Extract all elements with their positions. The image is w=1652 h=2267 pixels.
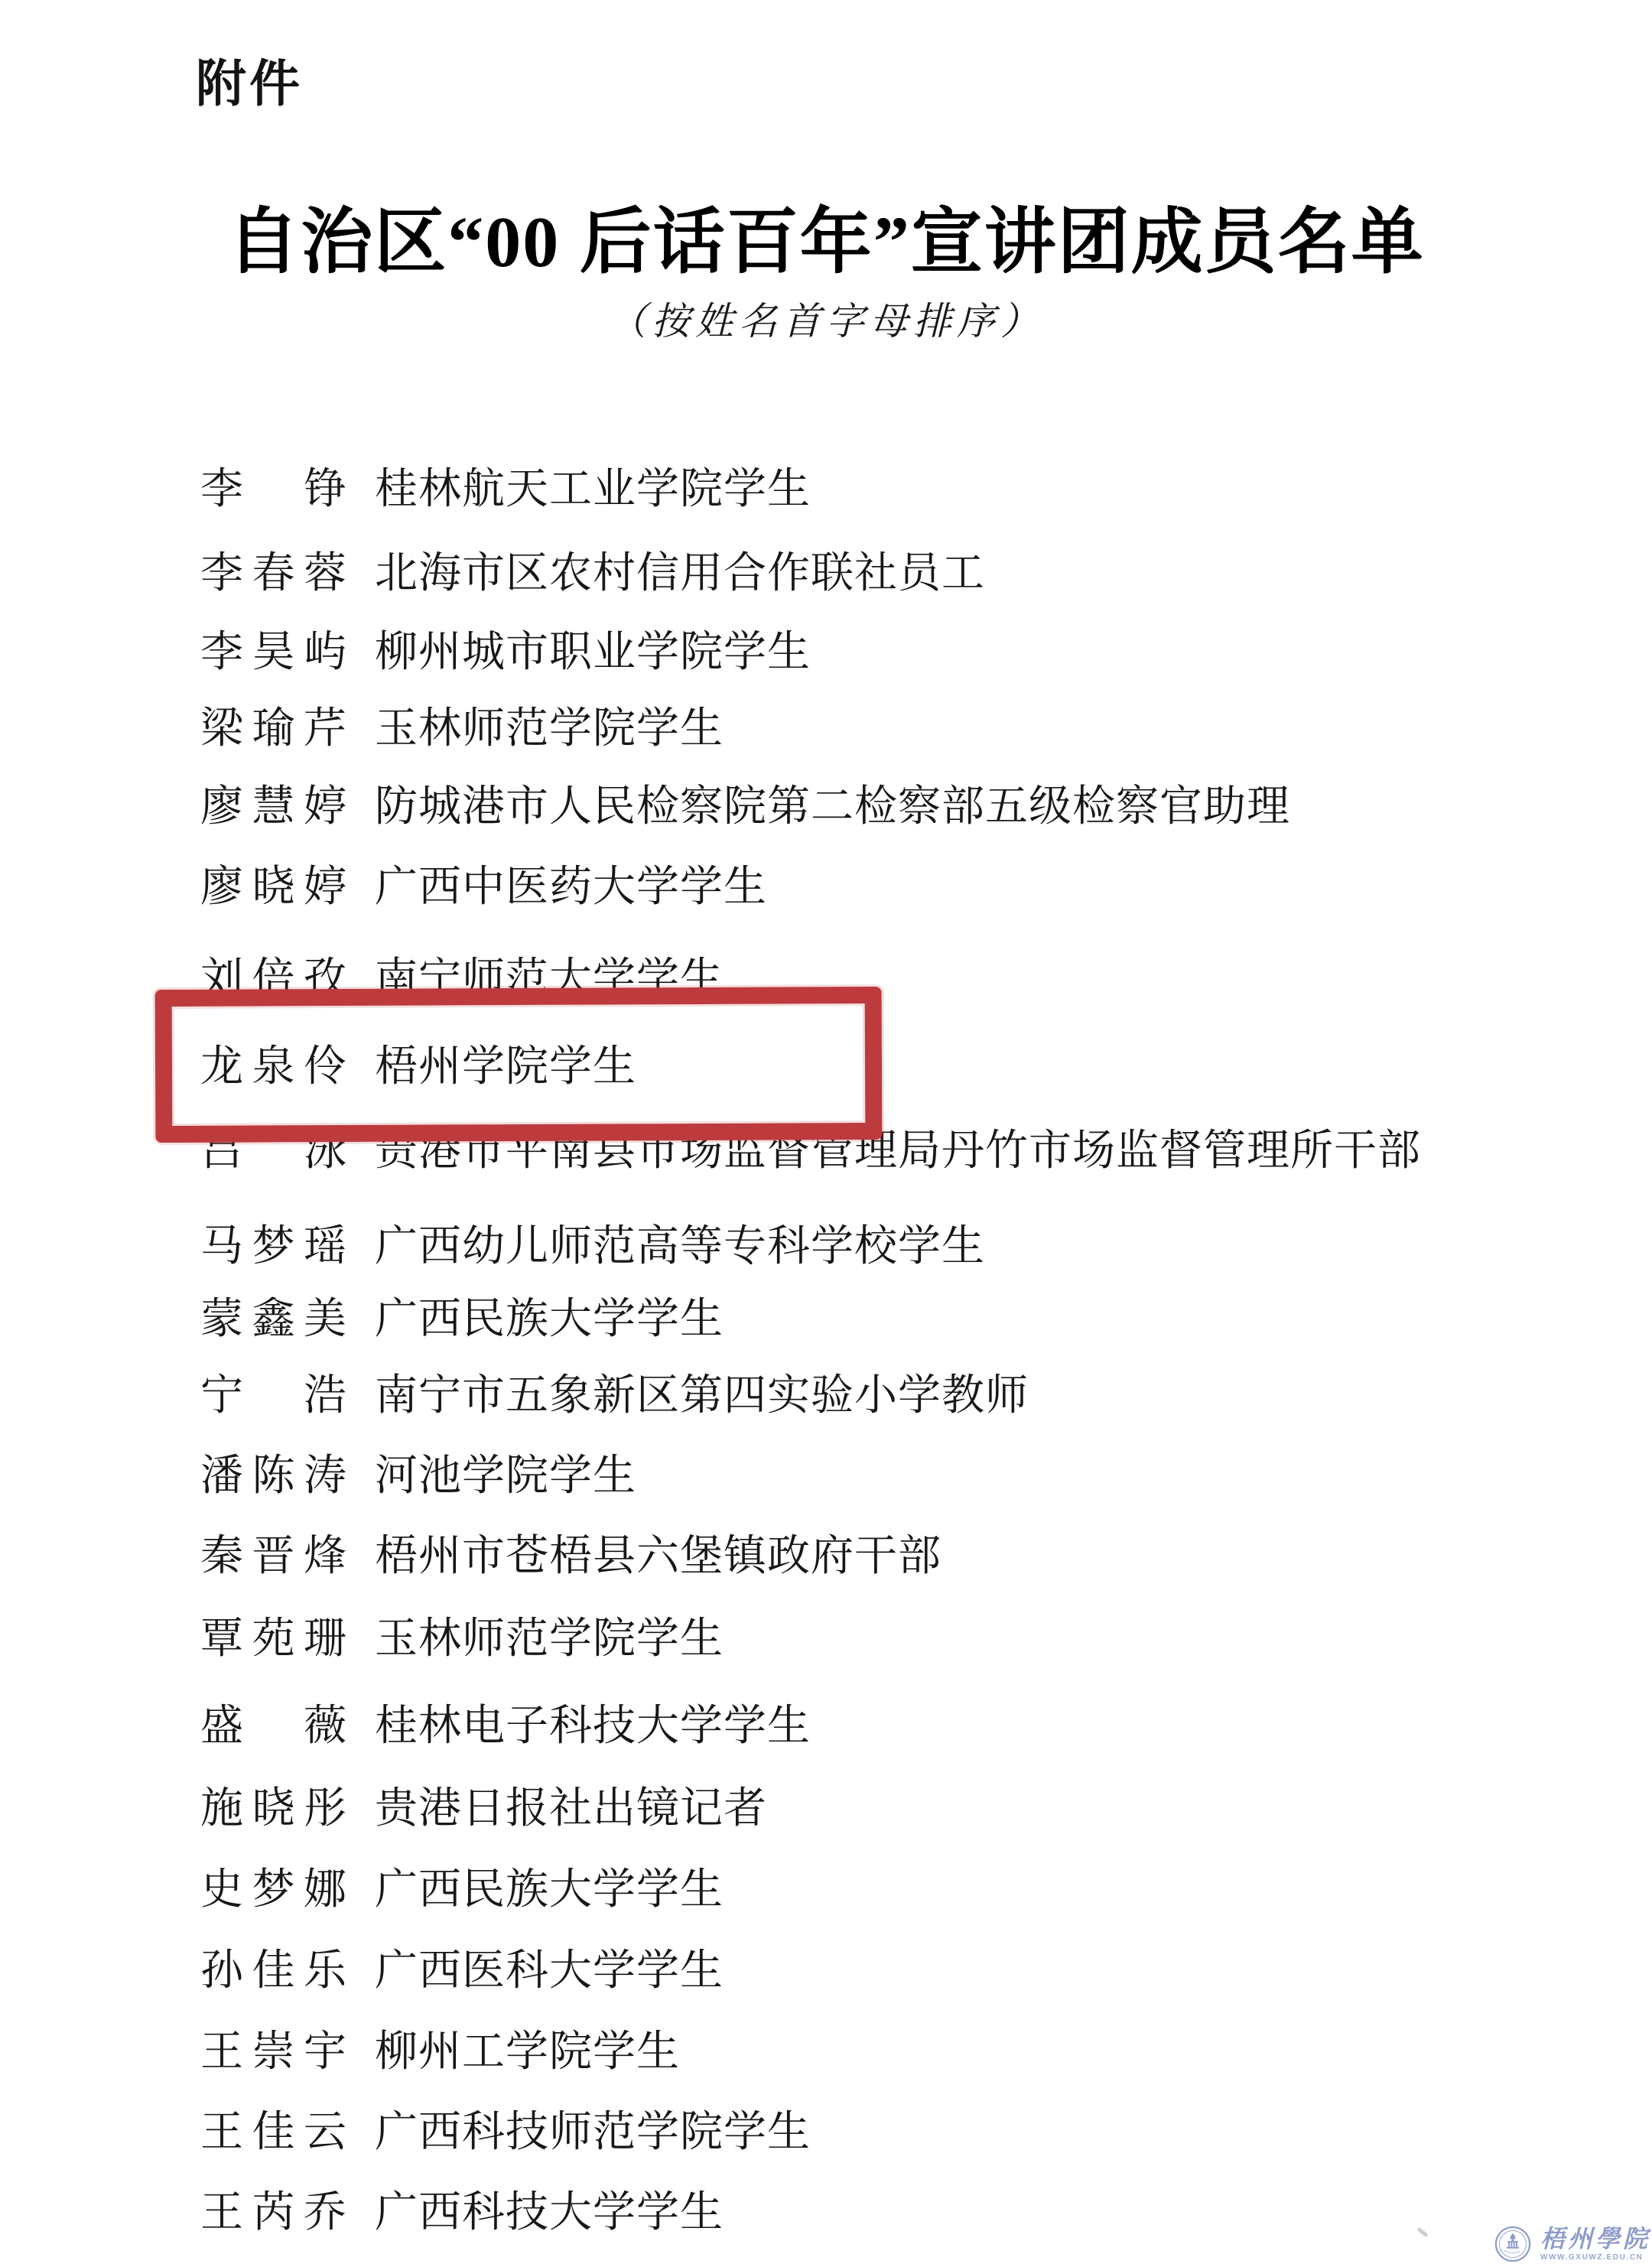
list-item: 李铮 桂林航天工业学院学生 [200, 443, 811, 529]
list-item: 盛薇 桂林电子科技大学学生 [200, 1680, 811, 1765]
list-item: 施晓彤 贵港日报社出镜记者 [200, 1762, 767, 1848]
member-name: 潘陈涛 [200, 1442, 347, 1503]
list-item: 廖慧婷 防城港市人民检察院第二检察部五级检察官助理 [200, 760, 1290, 846]
list-item: 蒙鑫美 广西民族大学学生 [200, 1273, 724, 1358]
member-affiliation: 广西民族大学学生 [375, 1285, 724, 1346]
member-affiliation: 玉林师范学院学生 [375, 694, 724, 756]
member-name: 李昊屿 [200, 618, 347, 679]
member-affiliation: 广西中医药大学学生 [375, 853, 767, 914]
member-affiliation: 广西医科大学学生 [375, 1937, 724, 1998]
member-affiliation: 桂林航天工业学院学生 [375, 455, 811, 516]
member-affiliation: 广西民族大学学生 [375, 1856, 724, 1917]
list-item: 李昊屿 柳州城市职业学院学生 [200, 606, 811, 691]
member-affiliation: 柳州工学院学生 [375, 2018, 680, 2079]
site-watermark: 梧州學院 WWW.GXUWZ.EDU.CN [1494, 2226, 1650, 2262]
list-item: 潘陈涛 河池学院学生 [200, 1429, 636, 1515]
member-name: 李春蓉 [200, 539, 347, 600]
member-affiliation: 广西科技师范学院学生 [375, 2098, 811, 2159]
watermark-url: WWW.GXUWZ.EDU.CN [1540, 2253, 1643, 2262]
list-item: 梁瑜芹 玉林师范学院学生 [200, 682, 724, 768]
member-affiliation: 广西科技大学学生 [375, 2178, 724, 2239]
member-name: 王佳云 [200, 2098, 347, 2159]
list-item: 廖晓婷 广西中医药大学学生 [200, 841, 767, 926]
list-item: 史梦娜 广西民族大学学生 [200, 1843, 724, 1929]
member-affiliation: 北海市区农村信用合作联社员工 [375, 539, 985, 600]
member-affiliation: 贵港日报社出镜记者 [375, 1774, 767, 1836]
list-item: 秦晋烽 梧州市苍梧县六堡镇政府干部 [200, 1510, 941, 1595]
member-name: 王崇宇 [200, 2018, 347, 2079]
watermark-org-name: 梧州學院 [1540, 2226, 1650, 2252]
member-affiliation: 梧州市苍梧县六堡镇政府干部 [375, 1522, 941, 1583]
member-affiliation: 桂林电子科技大学学生 [375, 1692, 811, 1753]
list-item: 王崇宇 柳州工学院学生 [200, 2005, 680, 2091]
university-seal-icon [1494, 2226, 1531, 2262]
member-name: 宁浩 [200, 1361, 347, 1423]
member-name: 盛薇 [200, 1692, 347, 1753]
member-name: 廖慧婷 [200, 772, 347, 834]
member-affiliation: 玉林师范学院学生 [375, 1605, 724, 1666]
list-item: 李春蓉 北海市区农村信用合作联社员工 [200, 527, 985, 613]
member-affiliation: 河池学院学生 [375, 1442, 636, 1503]
highlight-box [155, 987, 883, 1143]
list-item: 宁浩 南宁市五象新区第四实验小学教师 [200, 1349, 1029, 1435]
member-name: 秦晋烽 [200, 1522, 347, 1583]
member-name: 孙佳乐 [200, 1937, 347, 1998]
member-affiliation: 柳州城市职业学院学生 [375, 618, 811, 679]
member-name: 蒙鑫美 [200, 1285, 347, 1346]
list-item: 王芮乔 广西科技大学学生 [200, 2166, 724, 2252]
member-name: 梁瑜芹 [200, 694, 347, 756]
list-item: 王佳云 广西科技师范学院学生 [200, 2086, 811, 2171]
member-name: 廖晓婷 [200, 853, 347, 914]
member-affiliation: 南宁市五象新区第四实验小学教师 [375, 1361, 1029, 1423]
list-item: 覃苑珊 玉林师范学院学生 [200, 1592, 724, 1678]
member-name: 李铮 [200, 455, 347, 516]
member-affiliation: 广西幼儿师范高等专科学校学生 [375, 1212, 985, 1273]
member-name: 施晓彤 [200, 1774, 347, 1836]
member-name: 王芮乔 [200, 2178, 347, 2239]
watermark-text-block: 梧州學院 WWW.GXUWZ.EDU.CN [1540, 2226, 1650, 2262]
document-page: 附件 自治区“00 后话百年”宣讲团成员名单 （按姓名首字母排序） 李铮 桂林航… [0, 0, 1652, 2267]
member-affiliation: 防城港市人民检察院第二检察部五级检察官助理 [375, 772, 1290, 834]
member-name: 马梦瑶 [200, 1212, 347, 1273]
list-item: 孙佳乐 广西医科大学学生 [200, 1924, 724, 2010]
member-name: 覃苑珊 [200, 1605, 347, 1666]
member-name: 史梦娜 [200, 1856, 347, 1917]
